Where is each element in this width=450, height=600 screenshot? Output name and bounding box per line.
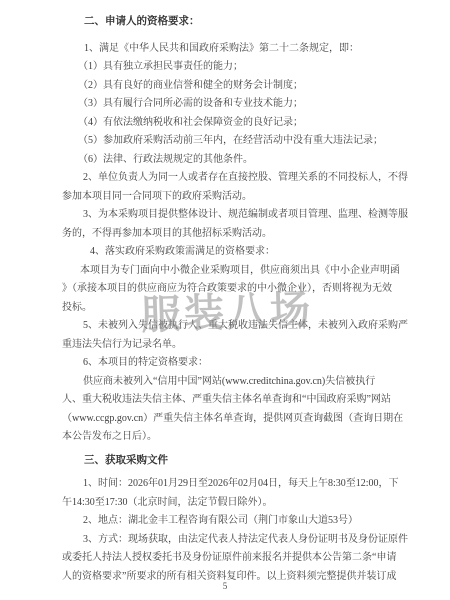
text-line: 本项目为专门面向中小微企业采购项目，供应商须出具《中小企业声明函 <box>62 262 402 281</box>
text-line: （www.ccgp.gov.cn）严重失信主体名单查询，提供网页查询截图（查询日… <box>62 410 402 429</box>
text-line: 1、时间：2026年01月29日至2026年02月04日，每天上午8:30至12… <box>62 475 402 494</box>
text-line: 1、满足《中华人民共和国政府采购法》第二十二条规定，即： <box>62 40 402 59</box>
text-line: （6）法律、行政法规规定的其他条件。 <box>62 151 402 170</box>
text-line: （5）参加政府采购活动前三年内，在经营活动中没有重大违法记录； <box>62 132 402 151</box>
text-line: 4、落实政府采购政策需满足的资格要求： <box>62 243 402 262</box>
text-line: （4）有依法缴纳税收和社会保障资金的良好记录； <box>62 114 402 133</box>
text-line: （1）具有独立承担民事责任的能力； <box>62 58 402 77</box>
text-line: 3、为本采购项目提供整体设计、规范编制或者项目管理、监理、检测等服 <box>62 206 402 225</box>
text-line: 本公告发布之日后）。 <box>62 428 402 447</box>
text-line: 人、重大税收违法失信主体、严重失信主体名单查询和“中国政府采购”网站 <box>62 391 402 410</box>
text-line: 》（承接本项目的供应商应为符合政策要求的中小微企业），否则将视为无效 <box>62 280 402 299</box>
text-line: 2、单位负责人为同一人或者存在直接控股、管理关系的不同投标人，不得 <box>62 169 402 188</box>
text-line: 3、方式：现场获取，由法定代表人持法定代表人身份证明书及身份证原件 <box>62 531 402 550</box>
section-heading: 二、申请人的资格要求： <box>62 13 402 32</box>
text-line: 6、本项目的特定资格要求： <box>62 354 402 373</box>
text-line: （2）具有良好的商业信誉和健全的财务会计制度； <box>62 77 402 96</box>
page-number: 5 <box>0 581 450 591</box>
text-line: 重违法失信行为记录名单。 <box>62 336 402 355</box>
text-line: （3）具有履行合同所必需的设备和专业技术能力； <box>62 95 402 114</box>
text-line: 供应商未被列入“信用中国”网站(www.creditchina.gov.cn)失… <box>62 373 402 392</box>
section-heading: 三、获取采购文件 <box>62 452 402 471</box>
text-line: 午14:30至17:30（北京时间，法定节假日除外）。 <box>62 494 402 513</box>
text-line: 务的，不得再参加本项目的其他招标采购活动。 <box>62 225 402 244</box>
text-line: 5、未被列入失信被执行人、重大税收违法失信主体，未被列入政府采购严 <box>62 317 402 336</box>
text-line: 投标。 <box>62 299 402 318</box>
text-line: 或委托人持法人授权委托书及身份证原件前来报名并提供本公告第二条“申请 <box>62 549 402 568</box>
document-body: 二、申请人的资格要求：1、满足《中华人民共和国政府采购法》第二十二条规定，即：（… <box>62 13 402 586</box>
document-page: 二、申请人的资格要求：1、满足《中华人民共和国政府采购法》第二十二条规定，即：（… <box>0 0 450 600</box>
text-line: 2、地点：湖北金丰工程咨询有限公司（荆门市象山大道53号） <box>62 512 402 531</box>
text-line: 参加本项目同一合同项下的政府采购活动。 <box>62 188 402 207</box>
